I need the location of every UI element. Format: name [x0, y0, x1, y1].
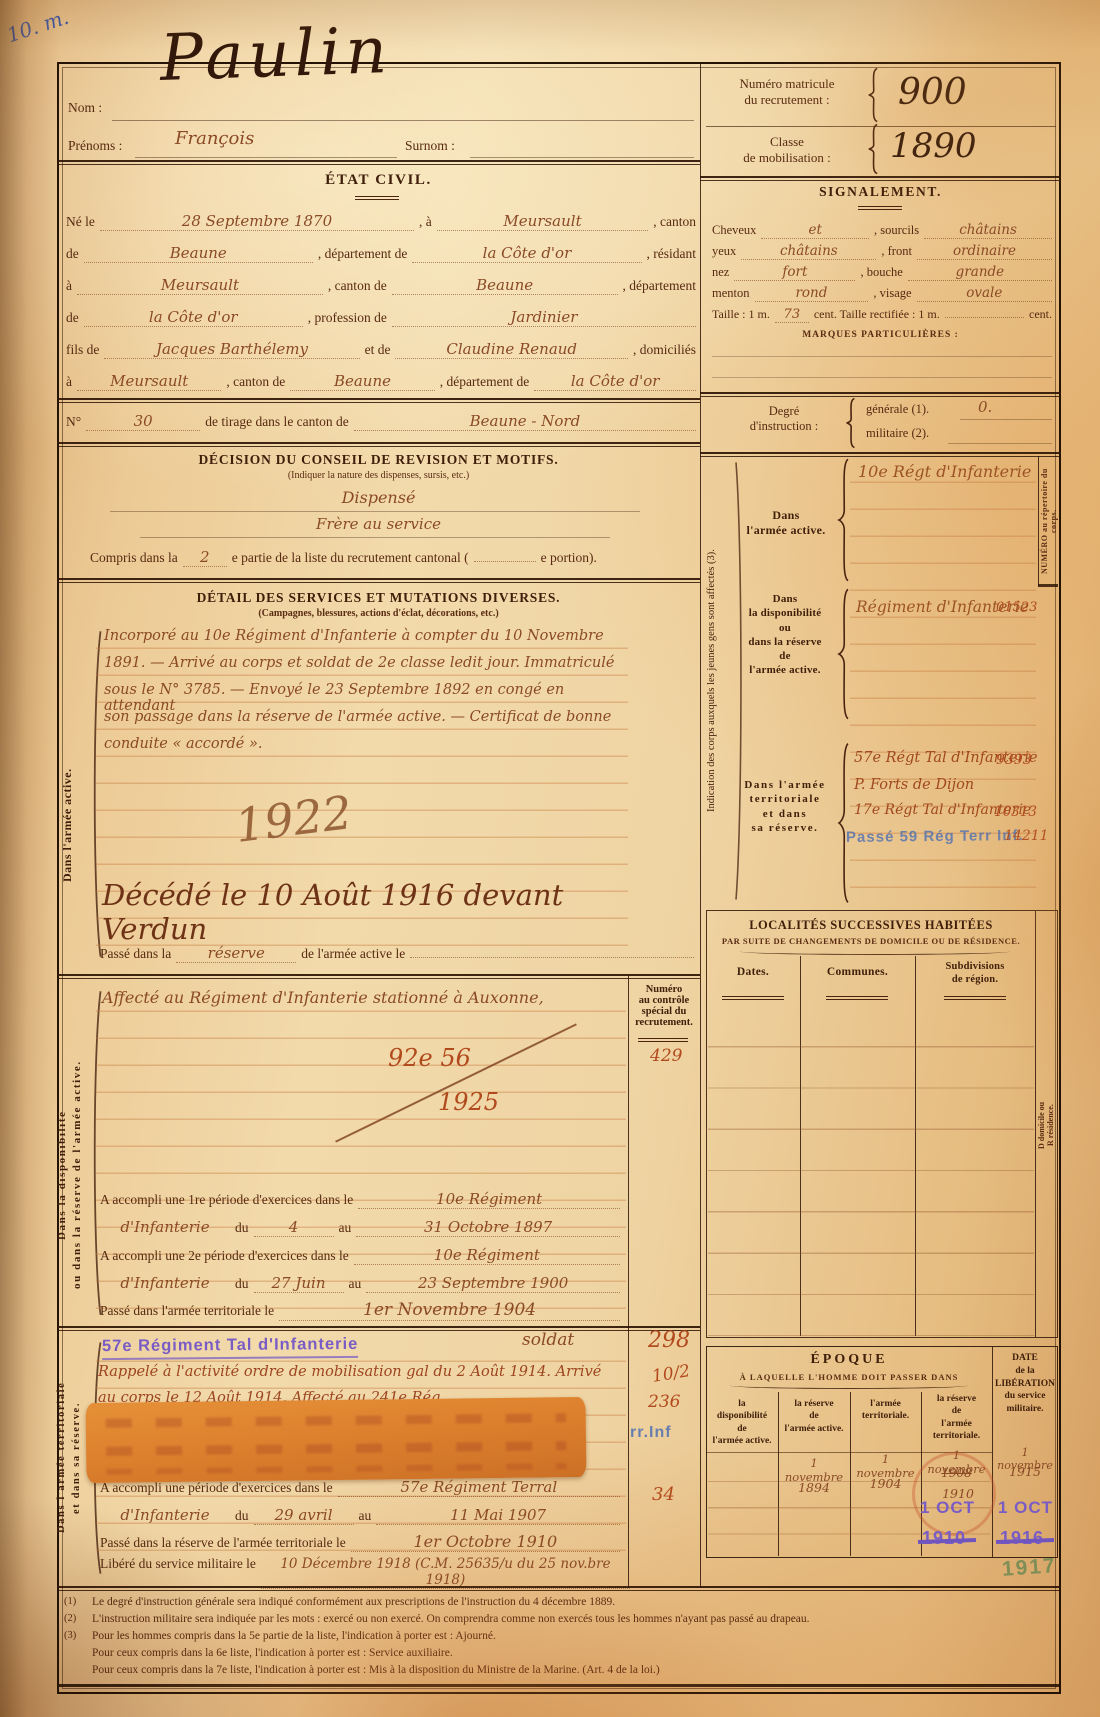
ec-line-1: Né le28 Septembre 1870, àMeursault, cant…	[66, 212, 696, 231]
scanned-military-record: 10. m. Nom : Paulin Prénoms : François S…	[0, 0, 1100, 1717]
value: rond	[755, 285, 869, 302]
sig-row-1: Cheveuxet, sourcilschâtains	[712, 222, 1052, 239]
signalement-title: SIGNALEMENT.	[700, 184, 1061, 200]
field-matricule-label: Numéro matricule du recrutement :	[712, 76, 862, 108]
label: , résidant	[647, 246, 697, 262]
double-rule	[700, 392, 1061, 397]
deces-annotation: Décédé le 10 Août 1916 devant Verdun	[102, 878, 662, 946]
blank-field	[410, 945, 694, 958]
value: d'Infanterie	[100, 1274, 230, 1292]
label: N°	[66, 414, 81, 430]
strip-smudge	[106, 1441, 566, 1456]
rappel-line-1: Rappelé à l'activité ordre de mobilisati…	[98, 1364, 626, 1380]
rule	[140, 537, 610, 538]
label: Libéré du service militaire le	[100, 1556, 256, 1572]
ec-line-5: fils deJacques Barthélemyet deClaudine R…	[66, 340, 696, 359]
value: d'Infanterie	[100, 1218, 230, 1236]
epoque-col-1: la disponibilité de l'armée active.	[708, 1398, 776, 1447]
label: , front	[881, 244, 912, 259]
margin-number: 236	[648, 1392, 680, 1412]
label: , bouche	[860, 265, 902, 280]
label: à	[66, 278, 72, 294]
label: au	[339, 1220, 352, 1236]
controle-column-divider	[628, 976, 629, 1588]
field-surnom-label: Surnom :	[405, 138, 455, 154]
sig-row-4: mentonrond, visageovale	[712, 285, 1052, 302]
value: 1er Novembre 1904	[279, 1300, 620, 1321]
rule	[712, 377, 1052, 378]
date-stamp-oct: 1 OCT	[998, 1498, 1053, 1518]
epoque-value: 1904	[852, 1476, 919, 1491]
rule	[706, 126, 1056, 127]
value: la Côte d'or	[84, 308, 303, 327]
value: Meursault	[437, 212, 648, 231]
crossed-number-bottom: 1925	[438, 1088, 499, 1116]
double-rule	[57, 974, 700, 979]
epoque-value: 1894	[780, 1480, 848, 1495]
covering-paper-strip	[86, 1397, 587, 1483]
footnote-5: Pour ceux compris dans la 7e liste, l'in…	[92, 1664, 1050, 1676]
periode2-row1: A accompli une 2e période d'exercices da…	[100, 1246, 620, 1265]
rule	[638, 1038, 688, 1042]
title-underline	[858, 206, 902, 210]
numero-strip-label: NUMÉRO au répertoire du corps.	[1040, 460, 1058, 582]
periode3-row2: d'Infanteriedu29 avrilau11 Mai 1907	[100, 1506, 620, 1525]
corner-note: 10. m.	[4, 5, 72, 47]
label: , département de	[318, 246, 408, 262]
tirage-row: N°30de tirage dans le canton deBeaune - …	[66, 412, 696, 431]
sig-row-2: yeuxchâtains, frontordinaire	[712, 243, 1052, 260]
rule	[112, 120, 694, 121]
label: Passé dans l'armée territoriale le	[100, 1303, 274, 1319]
corps-g3-number3: 10313	[994, 804, 1037, 820]
value: 31 Octobre 1897	[356, 1218, 620, 1237]
double-rule	[57, 1326, 700, 1331]
passe-territoriale-row: Passé dans l'armée territoriale le1er No…	[100, 1300, 620, 1321]
field-matricule-value: 900	[898, 72, 967, 113]
instruction-generale-value: 0.	[978, 398, 992, 416]
footnote-mark: (1)	[64, 1596, 76, 1607]
service-note-line: 1891. — Arrivé au corps et soldat de 2e …	[104, 655, 628, 671]
value: 10e Régiment	[358, 1190, 620, 1209]
label: Cheveux	[712, 223, 756, 238]
label: , profession de	[308, 310, 387, 326]
corps-g1-value: 10e Régt d'Infanterie	[858, 462, 1031, 481]
label: du	[235, 1276, 249, 1292]
value: Jardinier	[392, 308, 696, 327]
column-divider	[992, 1347, 993, 1557]
value: 73	[775, 307, 809, 323]
decision-entry-2: Frère au service	[57, 515, 700, 533]
value: ovale	[917, 285, 1052, 302]
epoque-col-4: la réserve de l'armée territoriale.	[923, 1393, 990, 1442]
field-prenoms-label: Prénoms :	[68, 138, 122, 154]
field-nom-value: Paulin	[159, 14, 393, 96]
ec-line-2: deBeaune, département dela Côte d'or, ré…	[66, 244, 696, 263]
sig-row-3: nezfort, bouchegrande	[712, 264, 1052, 281]
compris-row: Compris dans la2e partie de la liste du …	[90, 548, 650, 567]
corps-side-label: Indication des corps auxquels les jeunes…	[706, 460, 717, 902]
value: Jacques Barthélemy	[104, 340, 359, 359]
value: 23 Septembre 1900	[366, 1274, 620, 1293]
brace	[836, 742, 851, 904]
label: Né le	[66, 214, 95, 230]
footnote-mark: (3)	[64, 1630, 76, 1641]
value: 27 Juin	[254, 1274, 344, 1293]
margin-number: 298	[648, 1328, 690, 1353]
ec-line-4: dela Côte d'or, profession deJardinier	[66, 308, 696, 327]
label: , sourcils	[874, 223, 919, 238]
localites-subtitle: PAR SUITE DE CHANGEMENTS DE DOMICILE OU …	[706, 936, 1036, 946]
affectation-line: Affecté au Régiment d'Infanterie station…	[102, 988, 626, 1007]
controle-label: Numéro au contrôle spécial du recrutemen…	[632, 984, 696, 1028]
label: Compris dans la	[90, 550, 178, 566]
double-rule	[57, 398, 700, 403]
corps-g3-number4: 14211	[1004, 828, 1049, 844]
field-nom-label: Nom :	[68, 100, 102, 116]
year-stamp-1917: 1917	[1001, 1554, 1057, 1582]
label: , domiciliés	[633, 342, 696, 358]
footnote-mark: (2)	[64, 1613, 76, 1624]
title-underline	[355, 196, 399, 200]
corps-g3-label: Dans l'armée territoriale et dans sa rés…	[736, 778, 834, 835]
epoque-date-header: DATE de la LIBÉRATION du service militai…	[994, 1352, 1056, 1416]
value: la Côte d'or	[412, 244, 641, 263]
service-note-line: son passage dans la réserve de l'armée a…	[104, 709, 628, 725]
label: , visage	[873, 286, 911, 301]
value: 4	[254, 1218, 334, 1237]
footnote-3: Pour les hommes compris dans la 5e parti…	[92, 1630, 1050, 1642]
value: Meursault	[77, 276, 323, 295]
value: châtains	[924, 222, 1052, 239]
label: à	[66, 374, 72, 390]
field-classe-label: Classe de mobilisation :	[712, 134, 862, 166]
localites-col-dates: Dates.	[706, 966, 800, 978]
stamp-fragment: rr.Inf	[630, 1424, 672, 1442]
margin-label-territoriale: Dans l'armée territoriale	[56, 1345, 67, 1570]
brace	[836, 458, 851, 582]
rule	[948, 443, 1052, 444]
bottom-rule	[57, 1684, 1061, 1687]
strip-smudge	[106, 1463, 566, 1475]
double-rule	[57, 1586, 1061, 1591]
value: 1er Octobre 1910	[351, 1532, 620, 1552]
ec-line-3: àMeursault, canton deBeaune, département	[66, 276, 696, 295]
label: du	[235, 1508, 249, 1524]
ruled-area	[96, 985, 626, 1320]
marques-label: MARQUES PARTICULIÈRES :	[700, 330, 1061, 340]
localites-col-domicile: D domicile ou R résidence.	[1037, 920, 1055, 1330]
corps-g3-row2: P. Forts de Dijon	[854, 777, 974, 793]
epoque-value: 1915	[994, 1464, 1056, 1479]
instruction-generale-label: générale (1).	[866, 402, 929, 417]
value: 10 Décembre 1918 (C.M. 25635/u du 25 nov…	[261, 1556, 630, 1589]
label: A accompli une 1re période d'exercices d…	[100, 1192, 353, 1208]
rule	[944, 996, 1006, 1000]
crossed-number-top: 92e 56	[388, 1044, 471, 1072]
label: Passé dans la réserve de l'armée territo…	[100, 1535, 346, 1551]
label: menton	[712, 286, 750, 301]
label: , canton de	[328, 278, 387, 294]
tirage-canton: Beaune - Nord	[354, 412, 696, 431]
value: 28 Septembre 1870	[100, 212, 414, 231]
value: Claudine Renaud	[395, 340, 628, 359]
value: 29 avril	[254, 1506, 354, 1525]
date-stamp-oct: 1 OCT	[920, 1498, 975, 1518]
service-note-line: conduite « accordé ».	[104, 736, 628, 752]
label: , département de	[440, 374, 530, 390]
double-rule	[57, 160, 700, 165]
decision-title: DÉCISION DU CONSEIL DE REVISION ET MOTIF…	[57, 452, 700, 468]
localites-title: LOCALITÉS SUCCESSIVES HABITÉES	[706, 918, 1036, 933]
localites-col-subdivisions: Subdivisions de région.	[915, 960, 1035, 986]
footnote-1: Le degré d'instruction générale sera ind…	[92, 1596, 1050, 1608]
tirage-number: 30	[86, 412, 200, 431]
margin-number: 34	[652, 1484, 675, 1505]
margin-label-territoriale-2: et dans sa réserve.	[71, 1345, 82, 1570]
corps-g1-label: Dans l'armée active.	[738, 508, 834, 538]
blank-field	[945, 306, 1024, 318]
label: de l'armée active le	[301, 946, 405, 962]
blank-field	[474, 549, 536, 562]
passe-reserve-row: Passé dans laréservede l'armée active le	[100, 944, 694, 963]
swash-rule	[730, 1382, 968, 1389]
epoque-title: ÉPOQUE	[706, 1352, 992, 1368]
column-divider	[1035, 911, 1036, 1337]
swash-rule	[740, 948, 1010, 955]
controle-number: 429	[650, 1046, 682, 1066]
grade-annotation: soldat	[522, 1330, 574, 1350]
field-classe-value: 1890	[890, 126, 977, 166]
label: , canton	[653, 214, 696, 230]
double-rule	[57, 442, 700, 447]
libere-row: Libéré du service militaire le10 Décembr…	[100, 1556, 630, 1589]
label: de tirage dans le canton de	[205, 414, 349, 430]
field-prenoms-value: François	[175, 128, 254, 149]
brace	[836, 588, 851, 720]
label: e portion).	[541, 550, 597, 566]
label: au	[359, 1508, 372, 1524]
rule	[826, 996, 888, 1000]
periode1-row1: A accompli une 1re période d'exercices d…	[100, 1190, 620, 1209]
instruction-militaire-label: militaire (2).	[866, 426, 929, 441]
services-title: DÉTAIL DES SERVICES ET MUTATIONS DIVERSE…	[57, 590, 700, 606]
double-rule	[57, 578, 700, 583]
rule	[712, 356, 1052, 357]
epoque-col-3: l'armée territoriale.	[852, 1398, 919, 1423]
margin-label-disponibilite-2: ou dans la réserve de l'armée active.	[71, 1020, 83, 1330]
label: du	[235, 1220, 249, 1236]
value: la Côte d'or	[534, 372, 696, 391]
regiment-stamp: 57e Régiment Tal d'Infanterie	[102, 1335, 359, 1360]
localites-col-communes: Communes.	[800, 966, 915, 978]
etat-civil-title: ÉTAT CIVIL.	[57, 172, 700, 189]
brace	[844, 398, 857, 448]
rule	[1038, 584, 1058, 587]
main-column-divider	[700, 62, 701, 1588]
rule	[960, 419, 1052, 420]
epoque-col-2: la réserve de l'armée active.	[780, 1398, 848, 1435]
value: grande	[908, 264, 1052, 281]
value: 10e Régiment	[354, 1246, 620, 1265]
value: châtains	[741, 243, 876, 260]
passe-reserve-territoriale-row: Passé dans la réserve de l'armée territo…	[100, 1532, 620, 1552]
corps-g3-stamp: Passé 59 Rég Terr Inf.	[846, 827, 1024, 846]
taille-row: Taille : 1 m.73cent. Taille rectifiée : …	[712, 306, 1052, 323]
footnote-4: Pour ceux compris dans la 6e liste, l'in…	[92, 1647, 1050, 1659]
label: , département	[623, 278, 696, 294]
label: et de	[365, 342, 391, 358]
label: fils de	[66, 342, 99, 358]
value: réserve	[176, 944, 296, 963]
periode1-row2: d'Infanteriedu4au31 Octobre 1897	[100, 1218, 620, 1237]
compris-partie: 2	[183, 548, 227, 567]
brace	[866, 68, 880, 122]
brace	[866, 124, 880, 174]
margin-label-disponibilite: Dans la disponibilité	[56, 1020, 68, 1330]
strip-smudge	[106, 1413, 566, 1428]
label: A accompli une 2e période d'exercices da…	[100, 1248, 349, 1264]
corps-g3-number1: 9393	[996, 752, 1032, 768]
label: nez	[712, 265, 729, 280]
label: , canton de	[226, 374, 285, 390]
rule	[110, 511, 640, 512]
value: fort	[734, 264, 855, 281]
periode2-row2: d'Infanteriedu27 Juinau23 Septembre 1900	[100, 1274, 620, 1293]
label: yeux	[712, 244, 736, 259]
numero-strip-divider	[1038, 456, 1039, 586]
decision-entry-1: Dispensé	[57, 488, 700, 507]
value: Beaune	[290, 372, 434, 391]
label: au	[349, 1276, 362, 1292]
corps-g2-label: Dans la disponibilité ou dans la réserve…	[736, 592, 834, 678]
label: de	[66, 246, 79, 262]
rule	[470, 157, 694, 158]
corps-g2-number: 01523	[996, 600, 1037, 615]
label: e partie de la liste du recrutement cant…	[232, 550, 469, 566]
value: Beaune	[84, 244, 313, 263]
services-subtitle: (Campagnes, blessures, actions d'éclat, …	[57, 608, 700, 619]
rule	[135, 157, 397, 158]
footnote-2: L'instruction militaire sera indiquée pa…	[92, 1613, 1054, 1625]
instruction-label: Degré d'instruction :	[728, 404, 840, 434]
margin-label-armee-active: Dans l'armée active.	[60, 690, 75, 960]
value: 11 Mai 1907	[376, 1506, 620, 1525]
rule	[722, 996, 784, 1000]
value: et	[761, 222, 869, 239]
label: Taille : 1 m.	[712, 307, 770, 322]
label: , à	[419, 214, 432, 230]
value: ordinaire	[917, 243, 1052, 260]
double-rule	[700, 176, 1061, 181]
ec-line-6: àMeursault, canton deBeaune, département…	[66, 372, 696, 391]
label: Passé dans la	[100, 946, 171, 962]
label: cent. Taille rectifiée : 1 m.	[814, 307, 940, 322]
value: d'Infanterie	[100, 1506, 230, 1524]
label: cent.	[1029, 307, 1052, 322]
empty-table-rows	[708, 1006, 1034, 1336]
value: 57e Régiment Terral	[338, 1478, 620, 1497]
epoque-subtitle: À LAQUELLE L'HOMME DOIT PASSER DANS	[706, 1372, 992, 1382]
value: Meursault	[77, 372, 221, 391]
circular-stamp	[912, 1452, 996, 1536]
decision-subtitle: (Indiquer la nature des dispenses, sursi…	[57, 470, 700, 481]
service-note-line: Incorporé au 10e Régiment d'Infanterie à…	[104, 628, 628, 644]
label: de	[66, 310, 79, 326]
value: Beaune	[392, 276, 618, 295]
